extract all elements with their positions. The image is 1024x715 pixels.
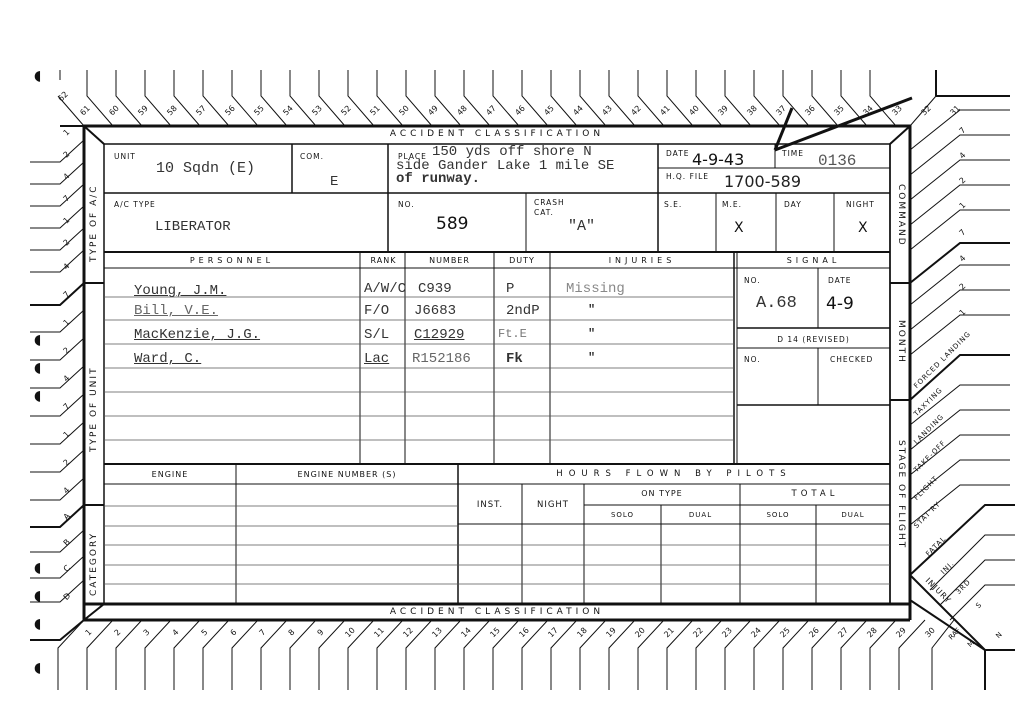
number-header: NUMBER [405,256,494,265]
punch-hole-icon: ◖ [34,560,41,576]
punch-hole-icon: ◖ [34,388,41,404]
personnel-duty[interactable]: P [506,281,514,297]
date-value[interactable]: 4-9-43 [692,150,744,169]
punch-hole-icon: ◖ [34,660,41,676]
accident-classification-bottom: ACCIDENT CLASSIFICATION [104,607,890,617]
personnel-duty[interactable]: 2ndP [506,303,540,319]
on-type-dual-header: DUAL [661,511,740,519]
personnel-injuries[interactable]: " [588,351,595,365]
me-value[interactable]: X [734,220,744,236]
side-label-command: COMMAND [896,184,906,247]
on-type-solo-header: SOLO [584,511,661,519]
personnel-number[interactable]: C12929 [414,327,464,343]
d14-no-label: NO. [744,355,761,364]
personnel-duty[interactable]: Fk [506,351,523,367]
date-label: DATE [666,149,690,158]
side-label-stage-of-flight: STAGE OF FLIGHT [896,440,906,549]
side-label-type-of-unit: TYPE OF UNIT [89,366,99,452]
com-value[interactable]: E [330,174,338,190]
personnel-number[interactable]: R152186 [412,351,471,367]
me-label: M.E. [722,200,742,209]
personnel-rank[interactable]: F/O [364,303,389,319]
place-line-3[interactable]: of runway. [396,173,480,185]
personnel-injuries[interactable]: Missing [566,281,625,297]
night-header: NIGHT [522,500,584,510]
total-header: TOTAL [740,489,890,499]
rank-header: RANK [362,256,405,265]
personnel-name[interactable]: Ward, C. [134,351,201,367]
com-label: COM. [300,152,324,161]
punch-hole-icon: ◖ [34,68,41,84]
on-type-header: ON TYPE [584,489,740,498]
side-label-month: MONTH [896,320,906,364]
time-value[interactable]: 0136 [818,152,856,170]
personnel-rank[interactable]: Lac [364,351,389,367]
personnel-name[interactable]: Young, J.M. [134,283,226,299]
side-label-type-of-ac: TYPE OF A/C [89,184,99,262]
punch-hole-icon: ◖ [34,332,41,348]
ac-type-value[interactable]: LIBERATOR [155,219,231,235]
inst-header: INST. [458,500,522,510]
duty-header: DUTY [494,256,550,265]
side-label-category: CATEGORY [89,532,99,596]
place-line-1[interactable]: 150 yds off shore N [432,146,592,158]
crash-cat-value[interactable]: "A" [568,218,595,235]
personnel-rank[interactable]: A/W/C [364,281,406,297]
punch-hole-icon: ◖ [34,588,41,604]
punch-hole-icon: ◖ [34,360,41,376]
signal-date-label: DATE [828,276,852,285]
personnel-duty[interactable]: Ft.E [498,327,527,341]
engine-header: ENGINE [104,470,236,479]
se-label: S.E. [664,200,682,209]
accident-classification-top: ACCIDENT CLASSIFICATION [104,129,890,139]
d14-revised-label: D 14 (REVISED) [737,335,890,344]
crash-cat-label: CRASH CAT. [534,198,574,218]
total-solo-header: SOLO [740,511,816,519]
punch-hole-icon: ◖ [34,616,41,632]
d14-checked-label: CHECKED [830,355,873,364]
hours-flown-header: HOURS FLOWN BY PILOTS [458,469,890,479]
ac-type-label: A/C TYPE [114,200,156,209]
no-label: NO. [398,200,415,209]
personnel-number[interactable]: J6683 [414,303,456,319]
hq-file-value[interactable]: 1700-589 [724,172,801,191]
personnel-name[interactable]: MacKenzie, J.G. [134,327,260,343]
personnel-number[interactable]: C939 [418,281,452,297]
unit-label: UNIT [114,152,136,161]
total-dual-header: DUAL [816,511,890,519]
injuries-header: INJURIES [550,256,734,265]
personnel-rank[interactable]: S/L [364,327,389,343]
personnel-injuries[interactable]: " [588,303,595,317]
personnel-header: PERSONNEL [104,256,360,265]
night-value[interactable]: X [858,220,868,236]
unit-value[interactable]: 10 Sqdn (E) [156,160,255,177]
personnel-injuries[interactable]: " [588,327,595,341]
signal-header: SIGNAL [737,256,890,265]
night-label: NIGHT [846,200,875,209]
no-value[interactable]: 589 [436,214,468,234]
hq-file-label: H.Q. FILE [666,172,709,181]
signal-no-value[interactable]: A.68 [756,294,797,313]
personnel-name[interactable]: Bill, V.E. [134,303,218,319]
engine-number-header: ENGINE NUMBER (S) [236,470,458,479]
time-label: TIME [782,149,804,158]
day-label: DAY [784,200,802,209]
signal-no-label: NO. [744,276,761,285]
signal-date-value[interactable]: 4-9 [826,294,854,314]
